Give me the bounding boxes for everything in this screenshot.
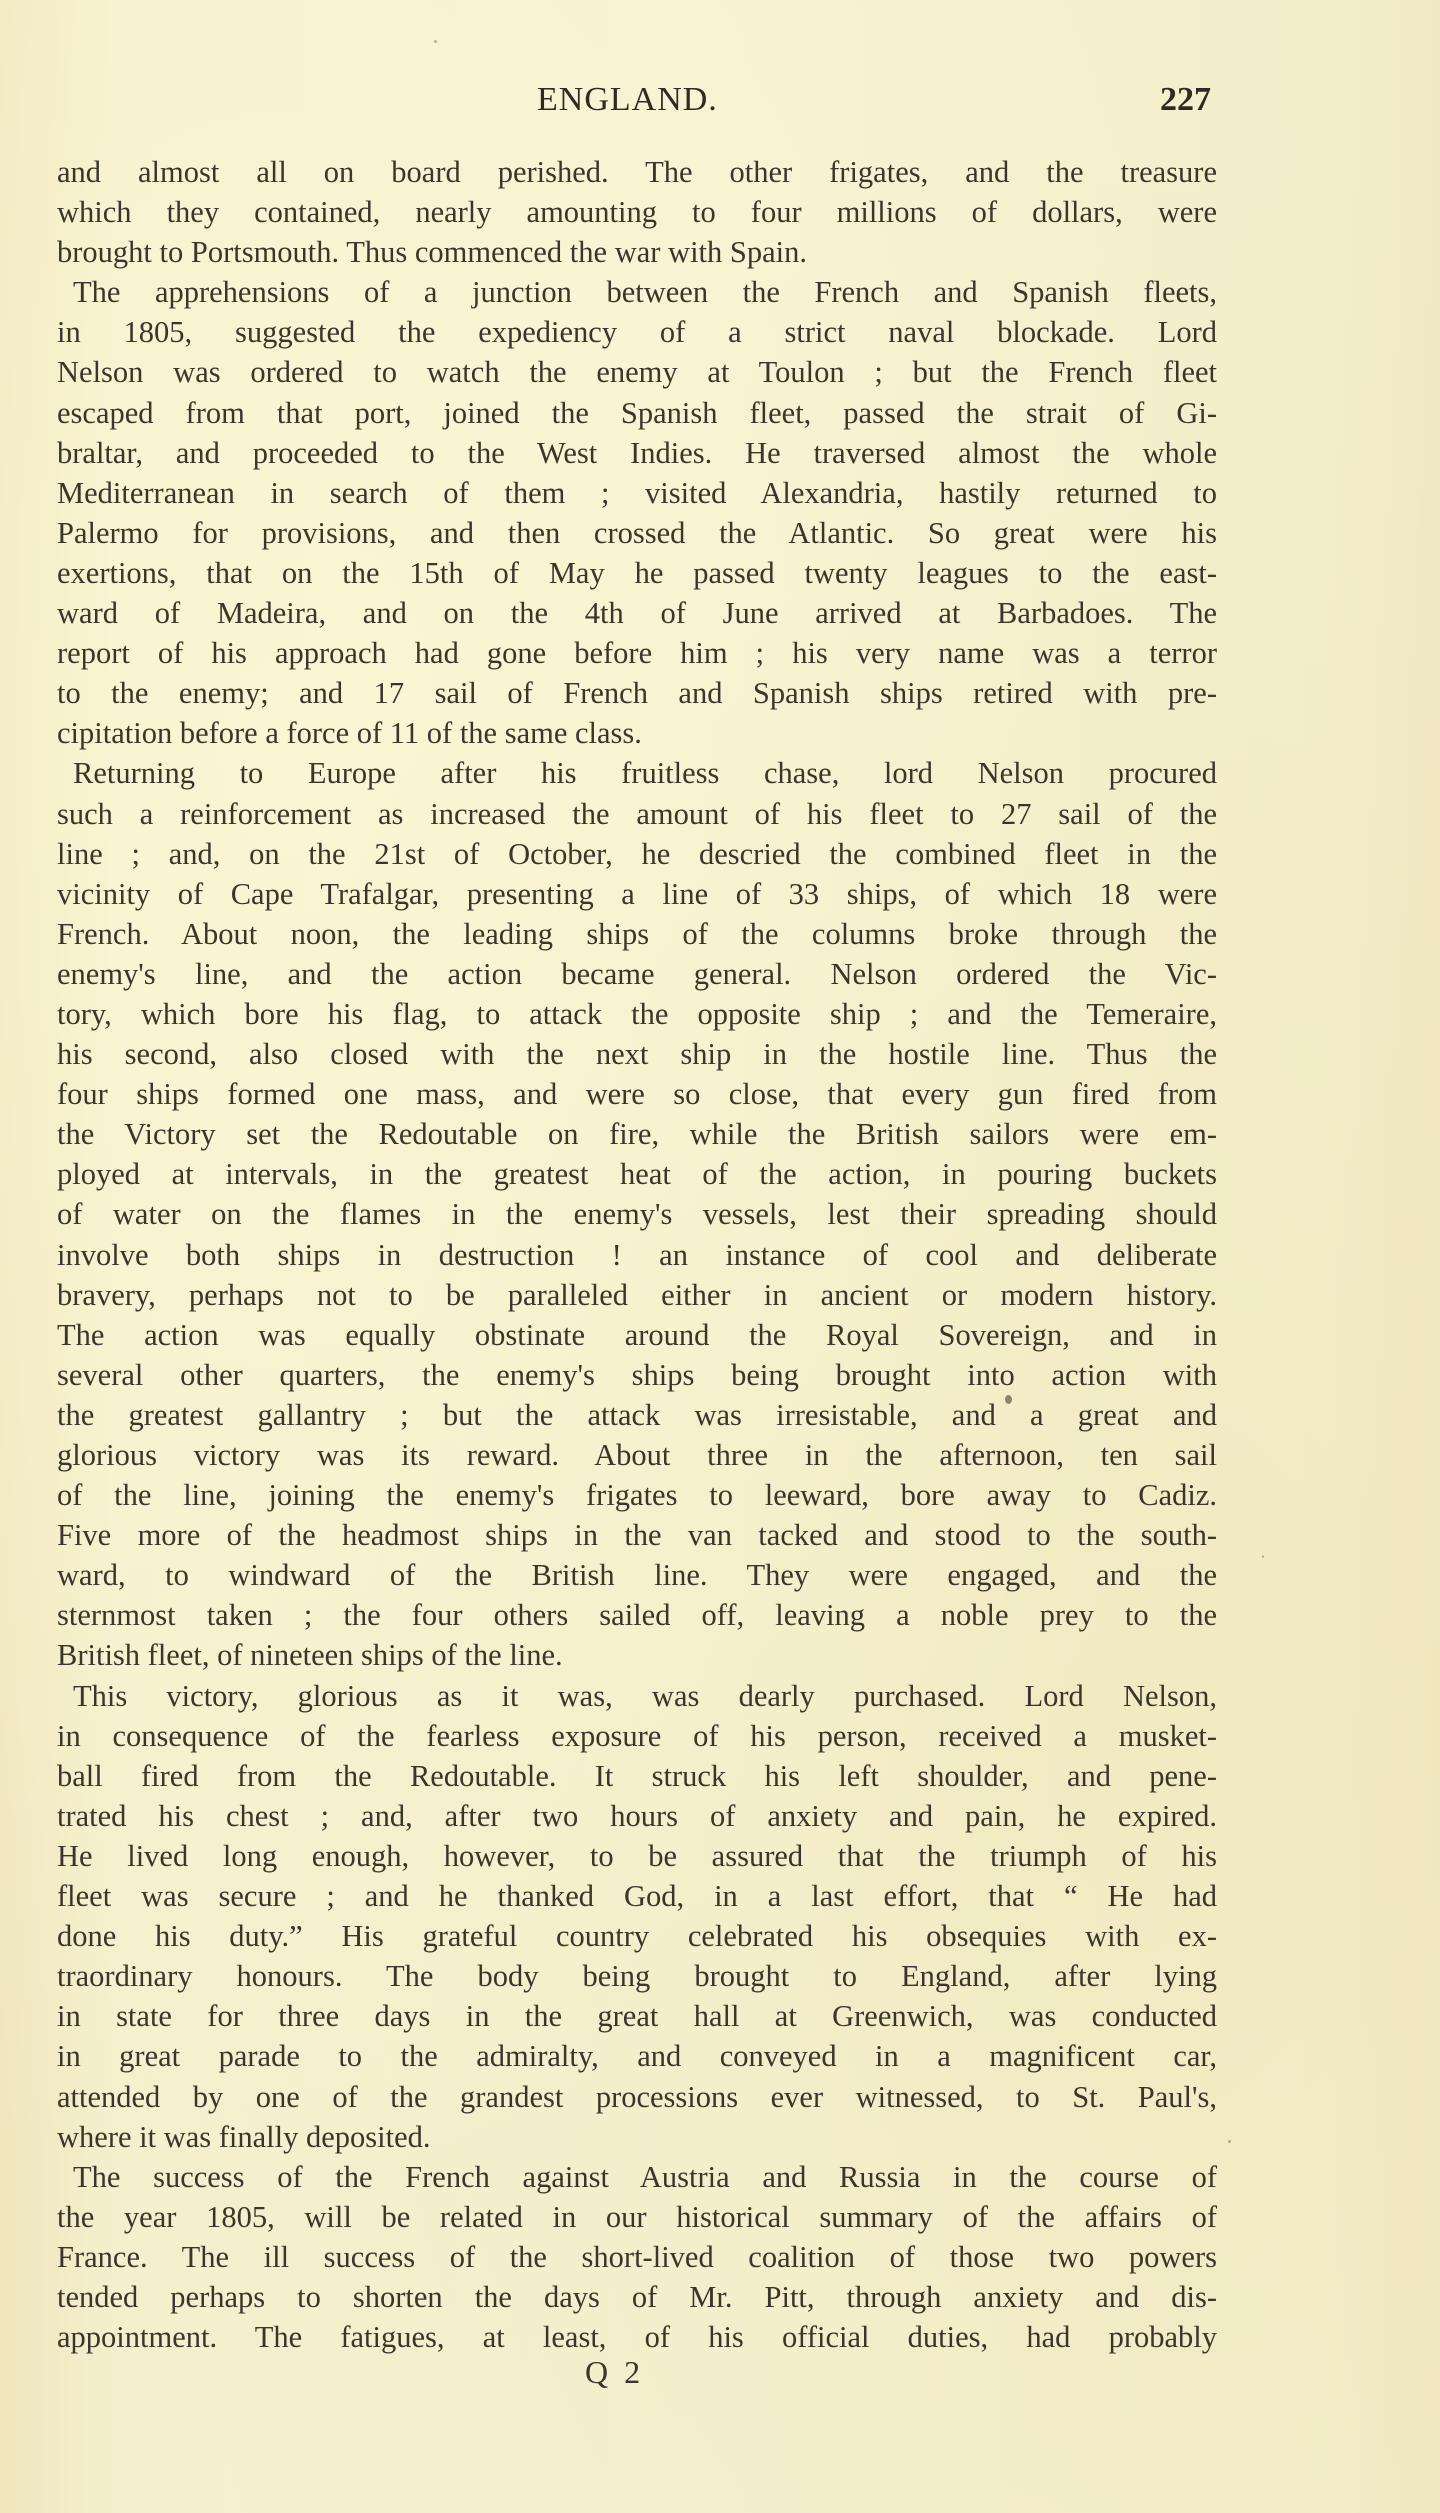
paragraph: and almost all on board perished. The ot… [57,152,1217,272]
text-line: traordinary honours. The body being brou… [57,1956,1217,1996]
paragraph: This victory, glorious as it was, was de… [57,1676,1217,2157]
text-line: the greatest gallantry ; but the attack … [57,1395,1217,1435]
text-line: The apprehensions of a junction between … [57,272,1217,312]
text-line: Palermo for provisions, and then crossed… [57,513,1217,553]
text-line: line ; and, on the 21st of October, he d… [57,834,1217,874]
text-line: Returning to Europe after his fruitless … [57,753,1217,793]
text-line: cipitation before a force of 11 of the s… [57,713,1217,753]
text-line: of the line, joining the enemy's frigate… [57,1475,1217,1515]
text-line: British fleet, of nineteen ships of the … [57,1635,1217,1675]
paragraph: Returning to Europe after his fruitless … [57,753,1217,1675]
text-line: in state for three days in the great hal… [57,1996,1217,2036]
text-line: the Victory set the Redoutable on fire, … [57,1114,1217,1154]
paper-speck [434,40,437,43]
text-line: attended by one of the grandest processi… [57,2077,1217,2117]
text-line: ward of Madeira, and on the 4th of June … [57,593,1217,633]
text-line: ward, to windward of the British line. T… [57,1555,1217,1595]
text-line: vicinity of Cape Trafalgar, presenting a… [57,874,1217,914]
paper-speck [1005,1395,1012,1404]
text-line: Mediterranean in search of them ; visite… [57,473,1217,513]
text-line: brought to Portsmouth. Thus commenced th… [57,232,1217,272]
text-line: sternmost taken ; the four others sailed… [57,1595,1217,1635]
running-title: ENGLAND. [537,78,718,122]
text-line: the year 1805, will be related in our hi… [57,2197,1217,2237]
book-page: ENGLAND. 227 and almost all on board per… [0,0,1440,2513]
text-line: in 1805, suggested the expediency of a s… [57,312,1217,352]
paper-speck [1228,2140,1231,2143]
text-line: This victory, glorious as it was, was de… [57,1676,1217,1716]
text-line: The success of the French against Austri… [57,2157,1217,2197]
text-line: tended perhaps to shorten the days of Mr… [57,2277,1217,2317]
text-line: Five more of the headmost ships in the v… [57,1515,1217,1555]
text-line: in consequence of the fearless exposure … [57,1716,1217,1756]
paragraph: The apprehensions of a junction between … [57,272,1217,753]
text-line: of water on the flames in the enemy's ve… [57,1194,1217,1234]
text-line: bravery, perhaps not to be paralleled ei… [57,1275,1217,1315]
signature-mark: Q 2 [585,2352,644,2392]
text-line: four ships formed one mass, and were so … [57,1074,1217,1114]
paragraph: The success of the French against Austri… [57,2157,1217,2357]
text-line: glorious victory was its reward. About t… [57,1435,1217,1475]
text-line: France. The ill success of the short-liv… [57,2237,1217,2277]
text-line: Nelson was ordered to watch the enemy at… [57,352,1217,392]
text-line: exertions, that on the 15th of May he pa… [57,553,1217,593]
text-line: where it was finally deposited. [57,2117,1217,2157]
text-line: tory, which bore his flag, to attack the… [57,994,1217,1034]
text-line: his second, also closed with the next sh… [57,1034,1217,1074]
text-line: trated his chest ; and, after two hours … [57,1796,1217,1836]
text-line: ball fired from the Redoutable. It struc… [57,1756,1217,1796]
text-line: such a reinforcement as increased the am… [57,794,1217,834]
text-line: which they contained, nearly amounting t… [57,192,1217,232]
text-line: involve both ships in destruction ! an i… [57,1235,1217,1275]
text-line: The action was equally obstinate around … [57,1315,1217,1355]
running-head: ENGLAND. 227 [0,78,1440,122]
text-line: French. About noon, the leading ships of… [57,914,1217,954]
text-line: braltar, and proceeded to the West Indie… [57,433,1217,473]
text-line: enemy's line, and the action became gene… [57,954,1217,994]
body-text: and almost all on board perished. The ot… [57,152,1217,2357]
text-line: and almost all on board perished. The ot… [57,152,1217,192]
text-line: in great parade to the admiralty, and co… [57,2036,1217,2076]
text-line: report of his approach had gone before h… [57,633,1217,673]
text-line: fleet was secure ; and he thanked God, i… [57,1876,1217,1916]
text-line: to the enemy; and 17 sail of French and … [57,673,1217,713]
text-line: ployed at intervals, in the greatest hea… [57,1154,1217,1194]
text-line: escaped from that port, joined the Spani… [57,393,1217,433]
text-line: done his duty.” His grateful country cel… [57,1916,1217,1956]
page-number: 227 [1160,78,1211,122]
text-line: several other quarters, the enemy's ship… [57,1355,1217,1395]
paper-speck [1262,1555,1264,1558]
text-line: He lived long enough, however, to be ass… [57,1836,1217,1876]
